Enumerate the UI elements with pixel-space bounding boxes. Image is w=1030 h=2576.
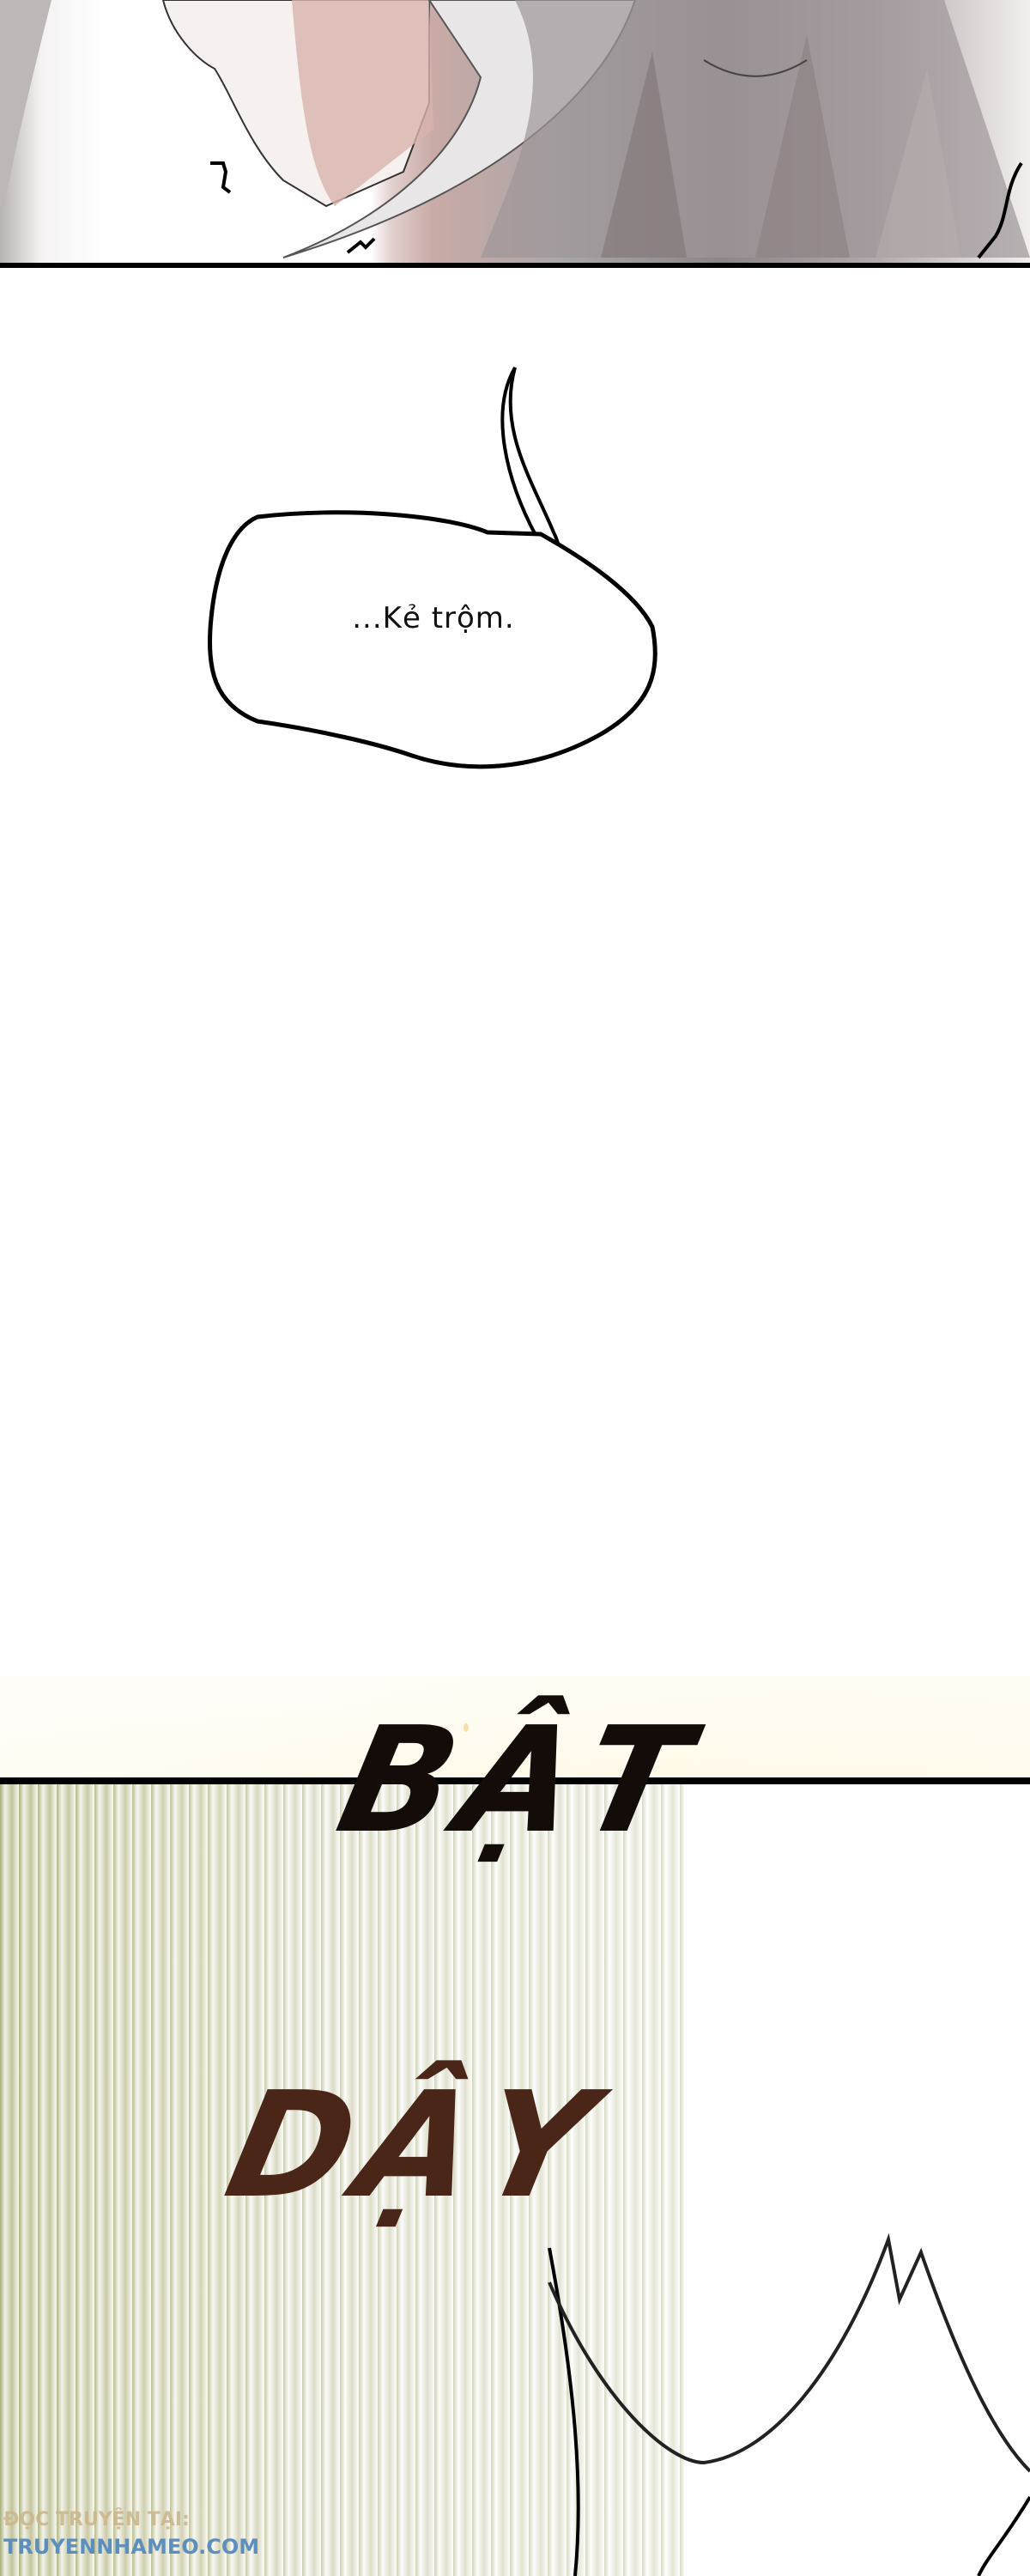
sfx-day: DẬY [214,2061,615,2231]
watermark-read-at: ĐỌC TRUYỆN TẠI: [3,2511,259,2530]
watermark: ĐỌC TRUYỆN TẠI: TRUYENNHAMEO.COM [3,2511,259,2557]
watermark-site: TRUYENNHAMEO.COM [3,2537,259,2557]
speech-bubble [0,0,1030,773]
sfx-bat: BẬT [325,1696,711,1866]
speech-bubble-text: ...Kẻ trộm. [292,601,575,635]
